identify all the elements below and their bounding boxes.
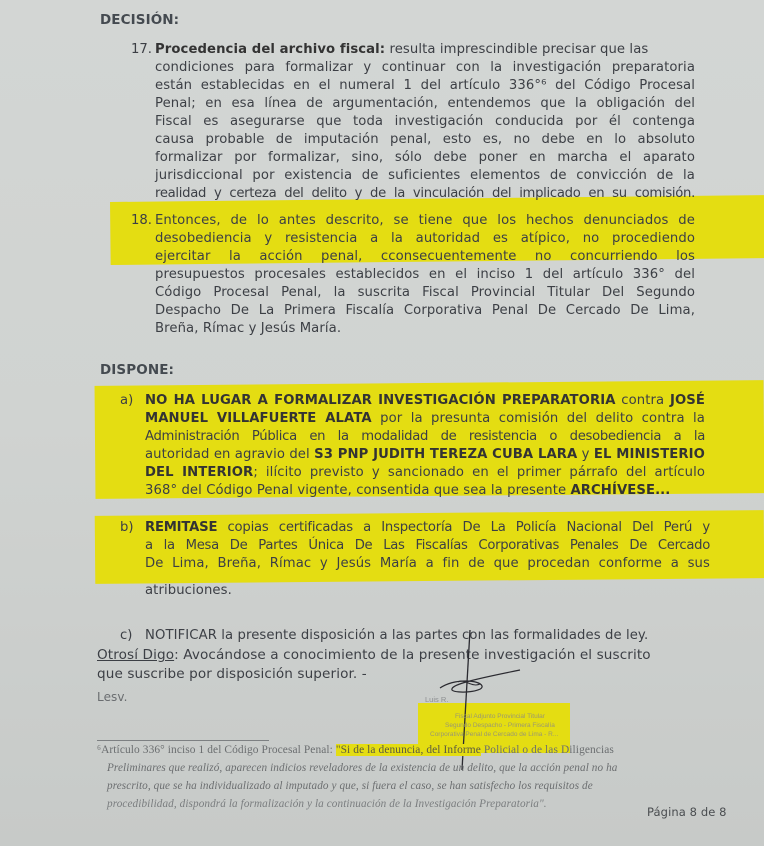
item-a-text: por la presunta comisión del delito cont… bbox=[372, 411, 705, 426]
item-a-text: y bbox=[577, 447, 594, 462]
p17-number: 17. bbox=[131, 42, 152, 57]
item-b-line2: a la Mesa De Partes Única De Las Fiscalí… bbox=[145, 538, 710, 553]
item-a-text: contra bbox=[616, 393, 670, 408]
p17-line: Fiscal es asegurarse que toda investigac… bbox=[155, 114, 695, 129]
p18-line: Despacho De La Primera Fiscalía Corporat… bbox=[155, 303, 695, 318]
item-c-label: c) bbox=[120, 628, 132, 643]
p17-line: condiciones para formalizar y continuar … bbox=[155, 60, 695, 75]
p18-line: ejercitar la acción penal, cconsecuentem… bbox=[155, 249, 695, 264]
item-a-text: ; ilícito previsto y sancionado en el pr… bbox=[253, 465, 705, 480]
footnote-text: ⁶Artículo 336° inciso 1 del Código Proce… bbox=[97, 744, 336, 756]
otrosi-line2: que suscribe por disposición superior. - bbox=[97, 666, 367, 682]
footnote-highlight: "Si de la denuncia, del Informe bbox=[336, 744, 481, 756]
footnote-text: Policial o de las Diligencias bbox=[481, 744, 614, 756]
item-c-bold: NOTIFICAR bbox=[145, 628, 217, 643]
item-b-line4: atribuciones. bbox=[145, 583, 232, 598]
p17-line: jurisdiccional por existencia de suficie… bbox=[155, 168, 695, 183]
stamp-name: Luis R. bbox=[425, 695, 448, 704]
item-b-bold: REMITASE bbox=[145, 520, 217, 535]
item-a-line6: 368° del Código Penal vigente, consentid… bbox=[145, 483, 670, 498]
p17-text: resulta imprescindible precisar que las bbox=[385, 42, 648, 57]
item-a-text: 368° del Código Penal vigente, consentid… bbox=[145, 483, 570, 498]
footnote-line4: procedibilidad, dispondrá la formalizaci… bbox=[107, 798, 547, 810]
footnote-divider bbox=[97, 740, 269, 741]
stamp-line: Corporativa Penal de Cercado de Lima - R… bbox=[430, 731, 558, 738]
item-a-line5: DEL INTERIOR; ilícito previsto y sancion… bbox=[145, 465, 705, 480]
item-a-line3: Administración Pública en la modalidad d… bbox=[145, 429, 705, 444]
footnote-line2: Preliminares que realizó, aparecen indic… bbox=[107, 762, 617, 774]
item-b-line3: De Lima, Breña, Rímac y Jesús María a fi… bbox=[145, 556, 710, 571]
page-number: Página 8 de 8 bbox=[647, 805, 727, 819]
p18-line: Entonces, de lo antes descrito, se tiene… bbox=[155, 213, 695, 228]
p17-line1: Procedencia del archivo fiscal: resulta … bbox=[155, 42, 695, 57]
p18-line: desobediencia y resistencia a la autorid… bbox=[155, 231, 695, 246]
footnote-line1: ⁶Artículo 336° inciso 1 del Código Proce… bbox=[97, 744, 614, 756]
p17-lead: Procedencia del archivo fiscal: bbox=[155, 42, 385, 57]
p18-line: Código Procesal Penal, la suscrita Fisca… bbox=[155, 285, 695, 300]
item-a-line4: autoridad en agravio del S3 PNP JUDITH T… bbox=[145, 447, 705, 462]
p18-number: 18. bbox=[131, 213, 152, 228]
item-b-text: copias certificadas a Inspectoría De La … bbox=[217, 520, 710, 535]
stamp-line: Fiscal Adjunto Provincial Titular bbox=[455, 713, 545, 720]
item-a-text: autoridad en agravio del bbox=[145, 447, 314, 462]
item-c-line: NOTIFICAR la presente disposición a las … bbox=[145, 628, 648, 643]
p17-line: Penal; en esa línea de argumentación, en… bbox=[155, 96, 695, 111]
item-a-bold: ARCHÍVESE... bbox=[570, 483, 670, 498]
item-b-label: b) bbox=[120, 520, 134, 535]
item-a-bold: MANUEL VILLAFUERTE ALATA bbox=[145, 411, 372, 426]
item-a-bold: EL MINISTERIO bbox=[594, 447, 705, 462]
footnote-line3: prescrito, que se ha individualizado al … bbox=[107, 780, 593, 792]
otrosi-line1: Otrosí Digo: Avocándose a conocimiento d… bbox=[97, 647, 651, 663]
stamp-line: Segundo Despacho - Primera Fiscalía bbox=[445, 722, 555, 729]
item-a-bold: NO HA LUGAR A FORMALIZAR INVESTIGACIÓN P… bbox=[145, 393, 616, 408]
p17-line: causa probable de imputación penal, esto… bbox=[155, 132, 695, 147]
p18-line: presupuestos procesales establecidos en … bbox=[155, 267, 695, 282]
item-a-bold: JOSÉ bbox=[670, 393, 705, 408]
heading-dispone: DISPONE: bbox=[100, 362, 174, 378]
item-b-line1: REMITASE copias certificadas a Inspector… bbox=[145, 520, 710, 535]
initials: Lesv. bbox=[97, 690, 128, 704]
item-a-label: a) bbox=[120, 393, 133, 408]
otrosi-label: Otrosí Digo bbox=[97, 647, 174, 663]
p18-line: Breña, Rímac y Jesús María. bbox=[155, 321, 341, 336]
item-a-bold: S3 PNP JUDITH TEREZA CUBA LARA bbox=[314, 447, 577, 462]
p17-line: formalizar por formalizar, sino, sólo de… bbox=[155, 150, 695, 165]
heading-decision: DECISIÓN: bbox=[100, 12, 179, 28]
p17-line: están establecidas en el numeral 1 del a… bbox=[155, 78, 695, 93]
item-a-line2: MANUEL VILLAFUERTE ALATA por la presunta… bbox=[145, 411, 705, 426]
item-a-bold: DEL INTERIOR bbox=[145, 465, 253, 480]
p17-line: realidad y certeza del delito y de la vi… bbox=[155, 186, 695, 201]
document-page: DECISIÓN: 17. Procedencia del archivo fi… bbox=[0, 0, 764, 846]
item-a-line1: NO HA LUGAR A FORMALIZAR INVESTIGACIÓN P… bbox=[145, 393, 705, 408]
